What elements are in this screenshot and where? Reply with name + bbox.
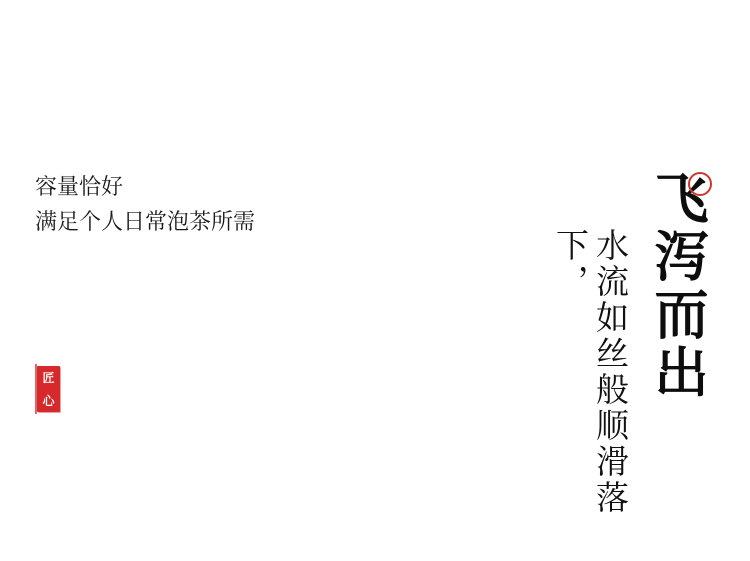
vertical-subtitle: 水流如丝般顺滑落下， <box>590 228 630 561</box>
red-circle-decoration <box>688 172 712 196</box>
intro-line-1: 容量恰好 <box>35 170 255 205</box>
stamp-char-1: 匠 <box>42 371 54 385</box>
intro-line-2: 满足个人日常泡茶所需 <box>35 205 255 240</box>
seal-stamp: 匠 心 <box>37 366 60 412</box>
stamp-char-2: 心 <box>42 394 54 408</box>
intro-text: 容量恰好 满足个人日常泡茶所需 <box>35 170 255 240</box>
vertical-title: 飞泻而出 <box>648 170 708 402</box>
